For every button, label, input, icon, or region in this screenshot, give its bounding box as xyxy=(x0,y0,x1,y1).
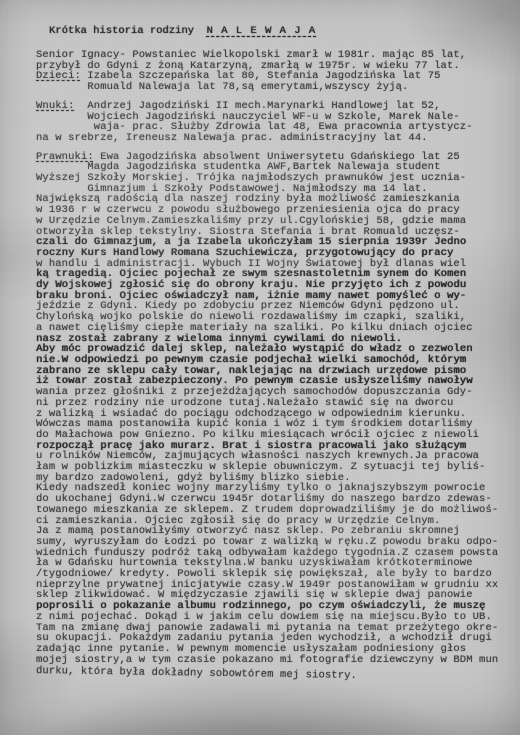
text-line: durku, która była dokładny sobowtórem me… xyxy=(36,666,504,684)
text-line: towanego mieszkania ze sklepem. Z trudem… xyxy=(36,505,504,516)
document-title-prefix: Krótka historia rodziny xyxy=(49,25,207,37)
document-title: Krótka historia rodziny N A L E W A J A xyxy=(36,26,504,37)
text-line: a nawet cięliśmy ciepłe materiały na sza… xyxy=(36,323,504,334)
document-scan: Krótka historia rodziny N A L E W A J A … xyxy=(0,0,520,735)
text-line: mojej siostry,a w tym czasie pokazano mi… xyxy=(36,655,504,666)
text-line: Wnuki: Andrzej Jagodziński II mech.Maryn… xyxy=(36,101,504,112)
document-lines: Senior Ignacy- Powstaniec Wielkopolski z… xyxy=(36,50,504,676)
text-line: do Małachowa pow Gniezno. Po kilku miesi… xyxy=(36,430,504,441)
text-line: w Urzędzie Celnym.Zamieszkaliśmy przy ul… xyxy=(36,216,504,227)
document-title-family-name: N A L E W A J A xyxy=(207,25,317,37)
text-line: na w srebrze, Ireneusz Nalewaja prac. ad… xyxy=(36,133,504,144)
text-line: ni przez rodziny nie urodzone tutaj.Nale… xyxy=(36,398,504,409)
underlined-heading: Wnuki: xyxy=(36,100,75,112)
text-line: Romuald Nalewaja lat 78,są emerytami,wsz… xyxy=(36,82,504,93)
text-line: z nimi pojechać. Dokąd i w jakim celu do… xyxy=(36,612,504,623)
document-content: Krótka historia rodziny N A L E W A J A … xyxy=(36,26,504,676)
